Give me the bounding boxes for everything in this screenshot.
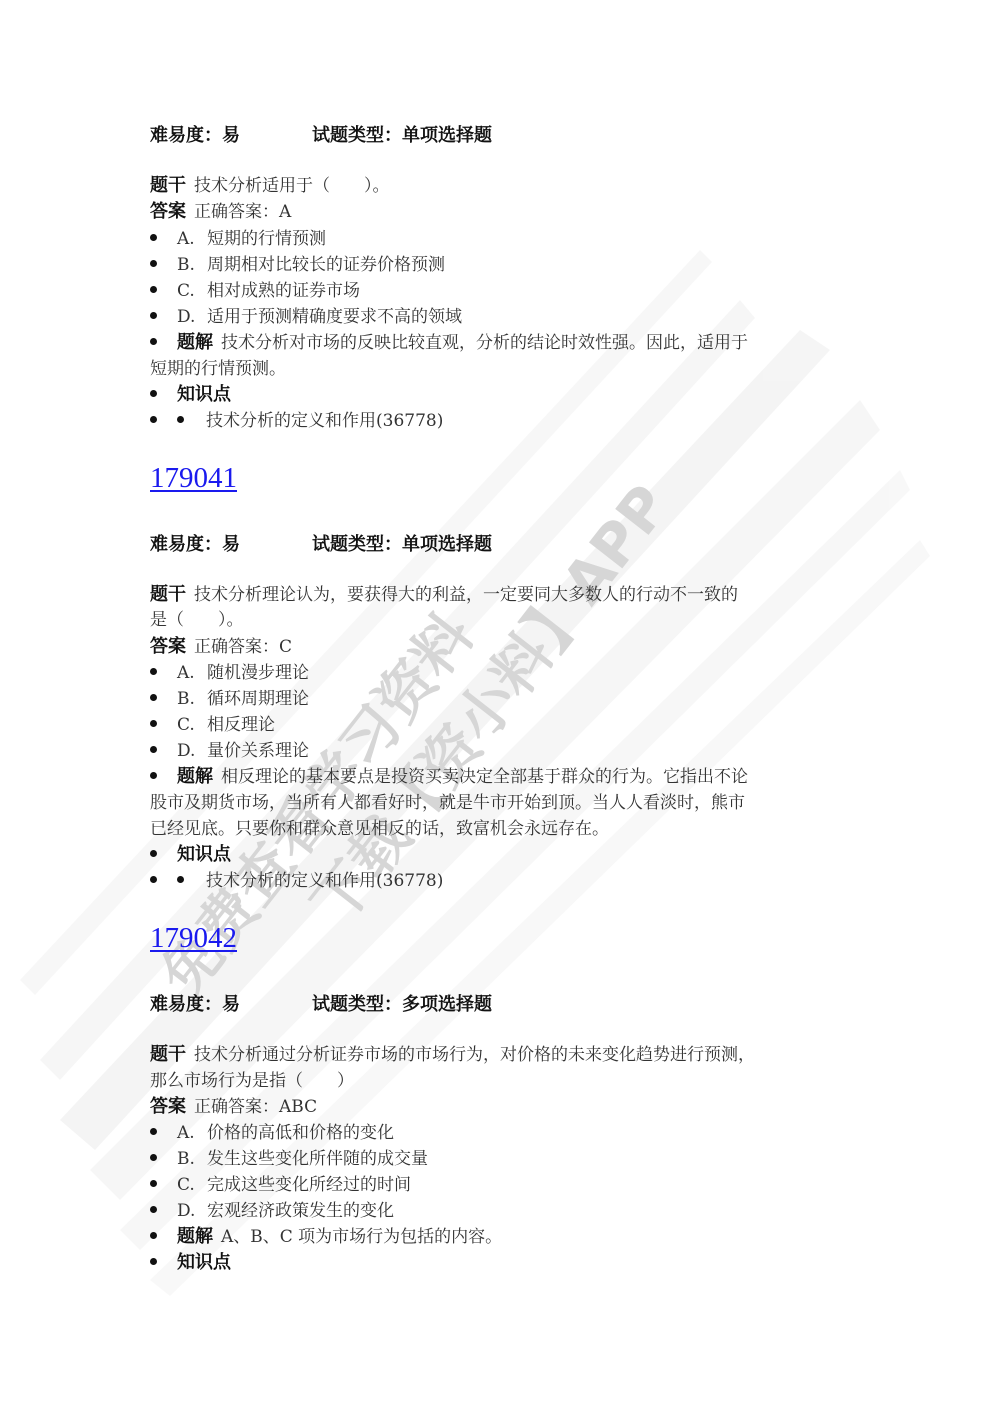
bullet-icon bbox=[150, 234, 157, 241]
bullet-icon bbox=[150, 390, 157, 397]
watermark: 免费查看学习资料 下载【资小料】APP bbox=[0, 0, 993, 1404]
option-b: B.发生这些变化所伴随的成交量 bbox=[150, 1144, 428, 1169]
type-label: 试题类型： bbox=[312, 534, 402, 555]
question-stem: 题干技术分析理论认为，要获得大的利益，一定要同大多数人的行动不一致的 bbox=[150, 580, 738, 606]
option-c: C.相对成熟的证券市场 bbox=[150, 276, 360, 301]
bullet-icon bbox=[150, 1206, 157, 1213]
option-letter: C. bbox=[177, 1175, 207, 1195]
bullet-icon bbox=[150, 694, 157, 701]
option-text: 价格的高低和价格的变化 bbox=[207, 1123, 394, 1143]
explanation-label: 题解 bbox=[177, 1226, 213, 1247]
question-meta: 难易度：易 试题类型：多项选择题 bbox=[150, 990, 240, 1016]
option-text: 相反理论 bbox=[207, 715, 275, 735]
option-text: 短期的行情预测 bbox=[207, 229, 326, 249]
question-stem: 题干技术分析适用于（ ）。 bbox=[150, 171, 390, 197]
option-text: 发生这些变化所伴随的成交量 bbox=[207, 1149, 428, 1169]
answer-prefix: 正确答案： bbox=[194, 1097, 279, 1117]
bullet-icon bbox=[150, 746, 157, 753]
option-a: A.价格的高低和价格的变化 bbox=[150, 1118, 394, 1143]
option-letter: D. bbox=[177, 1201, 207, 1221]
bullet-icon bbox=[150, 1154, 157, 1161]
question-id-link[interactable]: 179041 bbox=[150, 462, 237, 495]
option-text: 相对成熟的证券市场 bbox=[207, 281, 360, 301]
answer-value: ABC bbox=[279, 1097, 317, 1117]
knowledge-heading: 知识点 bbox=[150, 380, 239, 406]
bullet-icon bbox=[150, 850, 157, 857]
option-text: 周期相对比较长的证券价格预测 bbox=[207, 255, 445, 275]
bullet-icon bbox=[150, 338, 157, 345]
explanation-line: A、B、C 项为市场行为包括的内容。 bbox=[221, 1227, 502, 1247]
explanation-continued: 短期的行情预测。 bbox=[150, 354, 286, 379]
difficulty-label: 难易度： bbox=[150, 534, 222, 555]
bullet-icon bbox=[150, 876, 157, 883]
explanation: 题解技术分析对市场的反映比较直观，分析的结论时效性强。因此，适用于 bbox=[150, 328, 748, 354]
option-b: B.循环周期理论 bbox=[150, 684, 309, 709]
answer-label: 答案 bbox=[150, 636, 186, 657]
option-a: A.短期的行情预测 bbox=[150, 224, 326, 249]
bullet-icon bbox=[150, 1128, 157, 1135]
bullet-icon bbox=[150, 286, 157, 293]
explanation-continued: 已经见底。只要你和群众意见相反的话，致富机会永远存在。 bbox=[150, 814, 609, 839]
option-text: 完成这些变化所经过的时间 bbox=[207, 1175, 411, 1195]
option-d: D.量价关系理论 bbox=[150, 736, 309, 761]
question-id-link[interactable]: 179042 bbox=[150, 922, 237, 955]
knowledge-text: 技术分析的定义和作用(36778) bbox=[206, 871, 443, 891]
bullet-icon bbox=[150, 772, 157, 779]
knowledge-label: 知识点 bbox=[177, 844, 231, 865]
option-d: D.适用于预测精确度要求不高的领域 bbox=[150, 302, 462, 327]
option-letter: D. bbox=[177, 741, 207, 761]
bullet-icon bbox=[150, 1258, 157, 1265]
question-answer: 答案正确答案：C bbox=[150, 632, 292, 658]
option-letter: A. bbox=[177, 1123, 207, 1143]
stem-continued: 是（ ）。 bbox=[150, 605, 244, 630]
knowledge-label: 知识点 bbox=[177, 1252, 231, 1273]
option-letter: B. bbox=[177, 1149, 207, 1169]
type-value: 多项选择题 bbox=[402, 994, 492, 1015]
explanation-label: 题解 bbox=[177, 766, 213, 787]
bullet-icon bbox=[150, 260, 157, 267]
answer-label: 答案 bbox=[150, 1096, 186, 1117]
option-text: 量价关系理论 bbox=[207, 741, 309, 761]
option-text: 适用于预测精确度要求不高的领域 bbox=[207, 307, 462, 327]
option-b: B.周期相对比较长的证券价格预测 bbox=[150, 250, 445, 275]
type-value: 单项选择题 bbox=[402, 534, 492, 555]
explanation-line: 相反理论的基本要点是投资买卖决定全部基于群众的行为。它指出不论 bbox=[221, 767, 748, 787]
question-answer: 答案正确答案：A bbox=[150, 197, 291, 223]
answer-label: 答案 bbox=[150, 201, 186, 222]
bullet-icon bbox=[177, 876, 184, 883]
bullet-icon bbox=[150, 668, 157, 675]
option-text: 随机漫步理论 bbox=[207, 663, 309, 683]
type-label: 试题类型： bbox=[312, 125, 402, 146]
bullet-icon bbox=[177, 416, 184, 423]
option-a: A.随机漫步理论 bbox=[150, 658, 309, 683]
option-letter: D. bbox=[177, 307, 207, 327]
bullet-icon bbox=[150, 1180, 157, 1187]
knowledge-text: 技术分析的定义和作用(36778) bbox=[206, 411, 443, 431]
difficulty-value: 易 bbox=[222, 994, 240, 1015]
difficulty-label: 难易度： bbox=[150, 125, 222, 146]
stem-continued: 那么市场行为是指（ ） bbox=[150, 1066, 354, 1091]
answer-value: C bbox=[279, 637, 292, 657]
question-stem: 题干技术分析通过分析证券市场的市场行为，对价格的未来变化趋势进行预测， bbox=[150, 1040, 755, 1066]
type-label: 试题类型： bbox=[312, 994, 402, 1015]
type-value: 单项选择题 bbox=[402, 125, 492, 146]
difficulty-value: 易 bbox=[222, 125, 240, 146]
option-letter: A. bbox=[177, 663, 207, 683]
option-letter: B. bbox=[177, 255, 207, 275]
knowledge-label: 知识点 bbox=[177, 384, 231, 405]
question-meta: 难易度：易 试题类型：单项选择题 bbox=[150, 530, 240, 556]
explanation-label: 题解 bbox=[177, 332, 213, 353]
option-text: 宏观经济政策发生的变化 bbox=[207, 1201, 394, 1221]
explanation: 题解A、B、C 项为市场行为包括的内容。 bbox=[150, 1222, 502, 1248]
explanation-continued: 股市及期货市场，当所有人都看好时，就是牛市开始到顶。当人人看淡时，熊市 bbox=[150, 788, 745, 813]
option-letter: C. bbox=[177, 281, 207, 301]
question-answer: 答案正确答案：ABC bbox=[150, 1092, 317, 1118]
stem-text: 技术分析通过分析证券市场的市场行为，对价格的未来变化趋势进行预测， bbox=[194, 1045, 755, 1065]
stem-text: 技术分析理论认为，要获得大的利益，一定要同大多数人的行动不一致的 bbox=[194, 585, 738, 605]
stem-label: 题干 bbox=[150, 1044, 186, 1065]
knowledge-point: 技术分析的定义和作用(36778) bbox=[150, 866, 443, 891]
option-letter: C. bbox=[177, 715, 207, 735]
stem-label: 题干 bbox=[150, 175, 186, 196]
option-letter: B. bbox=[177, 689, 207, 709]
answer-prefix: 正确答案： bbox=[194, 202, 279, 222]
difficulty-label: 难易度： bbox=[150, 994, 222, 1015]
bullet-icon bbox=[150, 312, 157, 319]
knowledge-heading: 知识点 bbox=[150, 840, 239, 866]
answer-prefix: 正确答案： bbox=[194, 637, 279, 657]
difficulty-value: 易 bbox=[222, 534, 240, 555]
knowledge-point: 技术分析的定义和作用(36778) bbox=[150, 406, 443, 431]
option-letter: A. bbox=[177, 229, 207, 249]
answer-value: A bbox=[279, 202, 291, 222]
bullet-icon bbox=[150, 1232, 157, 1239]
option-text: 循环周期理论 bbox=[207, 689, 309, 709]
bullet-icon bbox=[150, 416, 157, 423]
knowledge-heading: 知识点 bbox=[150, 1248, 239, 1274]
explanation-line: 技术分析对市场的反映比较直观，分析的结论时效性强。因此，适用于 bbox=[221, 333, 748, 353]
bullet-icon bbox=[150, 720, 157, 727]
question-meta: 难易度：易 试题类型：单项选择题 bbox=[150, 121, 240, 147]
option-d: D.宏观经济政策发生的变化 bbox=[150, 1196, 394, 1221]
stem-label: 题干 bbox=[150, 584, 186, 605]
option-c: C.相反理论 bbox=[150, 710, 275, 735]
option-c: C.完成这些变化所经过的时间 bbox=[150, 1170, 411, 1195]
stem-text: 技术分析适用于（ ）。 bbox=[194, 176, 390, 196]
explanation: 题解相反理论的基本要点是投资买卖决定全部基于群众的行为。它指出不论 bbox=[150, 762, 748, 788]
